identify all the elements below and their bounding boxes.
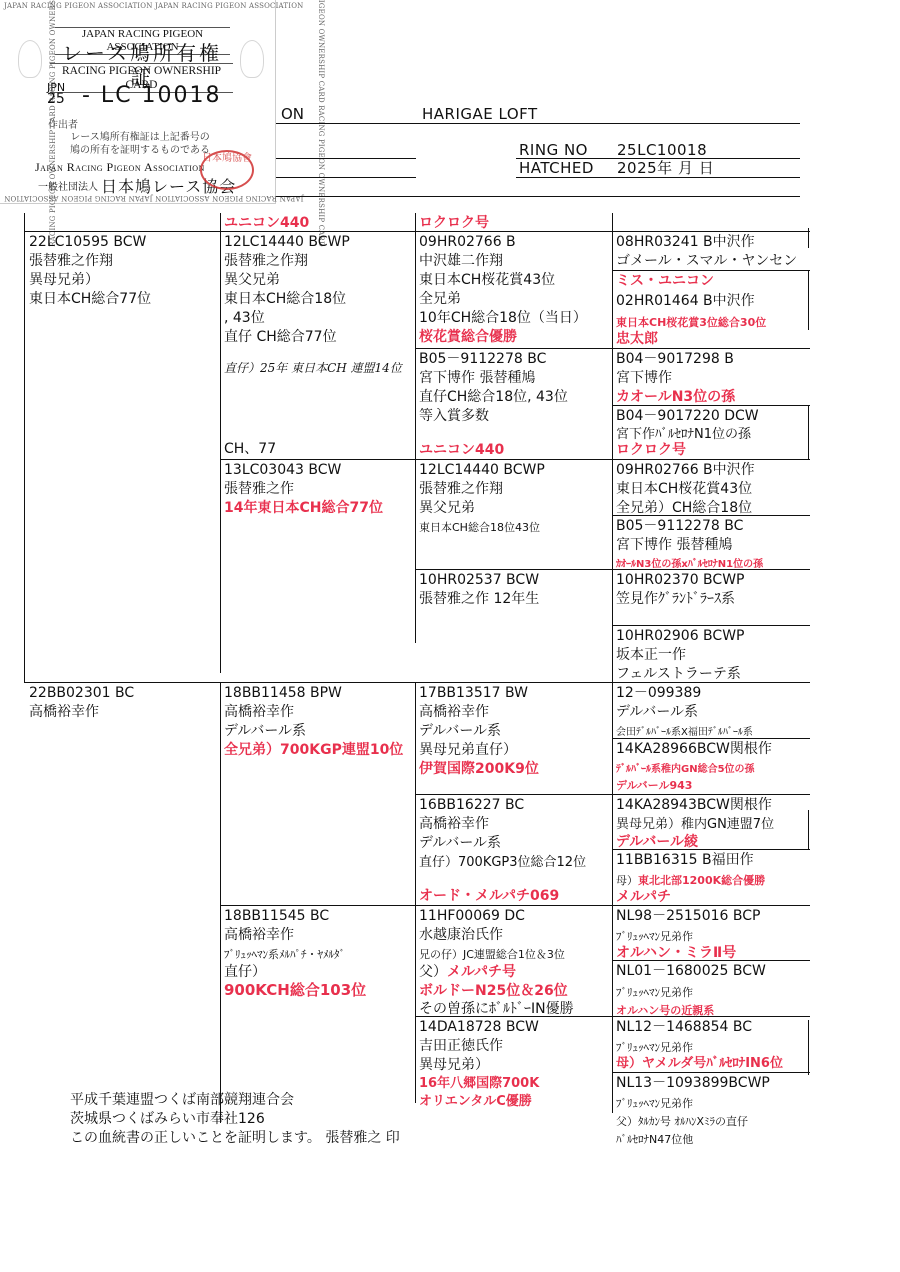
note: 異母兄弟直仔） (419, 742, 517, 759)
breeder: ﾌﾞﾘｭｯﾍﾏﾝ兄弟作 (616, 984, 693, 1001)
ring-number: NL13－1093899BCWP (616, 1075, 770, 1092)
strain: ゴメール・スマル・ヤンセン (616, 253, 797, 270)
achievement: 東日本CH桜花賞43位 (616, 481, 752, 498)
achievement: 東日本CH桜花賞3位総合30位 (616, 314, 766, 331)
divider (276, 158, 416, 159)
achievement: 直仔CH総合18位, 43位 (419, 389, 568, 406)
strain: ﾌﾞﾘｭｯﾍﾏﾝ系ﾒﾙﾊﾟﾁ・ﾔﾒﾙﾀﾞ (224, 946, 345, 963)
achievement: 東日本CH桜花賞43位 (419, 272, 555, 289)
pigeon-name: ロクロク号 (616, 442, 686, 459)
pigeon-name: ユニコン440 (419, 442, 504, 459)
pigeon-name: ロクロク号 (419, 215, 489, 232)
ring-number: 09HR02766 B中沢作 (616, 462, 755, 479)
ring-number: 02HR01464 B中沢作 (616, 293, 755, 310)
breeder: 中沢雄二作翔 (419, 253, 503, 270)
ring-number: 11BB16315 B福田作 (616, 852, 754, 869)
club-name: 平成千葉連盟つくば南部競翔連合会 (70, 1092, 294, 1109)
breeder: ﾌﾞﾘｭｯﾍﾏﾝ兄弟作 (616, 1095, 693, 1112)
ring-number: 08HR03241 B中沢作 (616, 234, 755, 251)
seal-stamp-icon: 日本鳩協會 (200, 150, 254, 190)
strain: デルバール系 (616, 704, 698, 721)
hatched-value: 2025年 月 日 (617, 160, 714, 177)
achievement: オルハン号の近親系 (616, 1002, 714, 1019)
ring-number: NL12－1468854 BC (616, 1019, 752, 1036)
achievement: オリエンタルC優勝 (419, 1093, 532, 1110)
pigeon-name: デルバール943 (616, 777, 692, 794)
ring-number: 12LC14440 BCWP (224, 234, 350, 251)
ring-number: NL01－1680025 BCW (616, 963, 766, 980)
breeder: 高橋裕幸作 (224, 927, 294, 944)
breeder: ﾌﾞﾘｭｯﾍﾏﾝ兄弟作 (616, 928, 693, 945)
ownership-card: JAPAN RACING PIGEON ASSOCIATION JAPAN RA… (0, 0, 276, 204)
achievement: 直仔 CH総合77位 (224, 329, 337, 346)
achievement: 桜花賞総合優勝 (419, 329, 517, 346)
breeder: 坂本正一作 (616, 647, 686, 664)
ring-number: 12LC14440 BCWP (419, 462, 545, 479)
row-line (415, 794, 810, 795)
ring-number: 14KA28966BCW関根作 (616, 741, 772, 758)
card-association-en: Japan Racing Pigeon Association (35, 160, 205, 175)
row-line (612, 270, 810, 271)
ring-no-label: RING NO (519, 142, 588, 159)
ring-number: NL98－2515016 BCP (616, 908, 760, 925)
breeder: 張替雅之作翔 (29, 253, 113, 270)
breeder: 宮下博作 (616, 370, 672, 387)
achievement: 14年東日本CH総合77位 (224, 500, 383, 517)
breeder: 高橋裕幸作 (224, 704, 294, 721)
achievement: 等入賞多数 (419, 408, 489, 425)
row-line (220, 905, 810, 906)
breeder: 高橋裕幸作 (419, 816, 489, 833)
dove-left-icon (18, 40, 42, 78)
achievement: 東北北部1200K総合優勝 (638, 874, 765, 887)
note: 全兄弟）CH総合18位 (616, 500, 752, 517)
dove-right-icon (240, 40, 264, 78)
note: 兄の仔）JC連盟総合1位＆3位 (419, 946, 565, 963)
ring-number: 13LC03043 BCW (224, 462, 341, 479)
card-ring-number: - LC 10018 (82, 84, 222, 108)
achievement: 全兄弟）700KGP連盟10位 (224, 742, 403, 759)
note: 異母兄弟） (29, 272, 99, 289)
ring-number: 16BB16227 BC (419, 797, 524, 814)
achievement: 東日本CH総合18位43位 (419, 519, 540, 536)
ring-number: 10HR02370 BCWP (616, 572, 744, 589)
card-description: レース鳩所有権証は上記番号の 鳩の所有を証明するものである (60, 131, 220, 157)
row-line (612, 1072, 810, 1073)
note: 父）ﾀﾙｶﾝ号 ｵﾙﾊﾝXﾐﾗの直仔 (616, 1113, 748, 1130)
ring-number: 14KA28943BCW関根作 (616, 797, 772, 814)
breeder: 宮下博作 張替種鳩 (419, 370, 535, 387)
row-line (415, 348, 810, 349)
breeder: 宮下博作 張替種鳩 (616, 537, 732, 554)
certification-statement: この血統書の正しいことを証明します。 張替雅之 印 (70, 1130, 400, 1147)
column-line (808, 810, 809, 850)
achievement: 東日本CH総合77位 (29, 291, 151, 308)
prefix: 母） (616, 874, 638, 887)
achievement: 異母兄弟）稚内GN連盟7位 (616, 816, 774, 833)
achievement: カオールN3位の孫 (616, 389, 735, 406)
column-line (24, 213, 25, 683)
ring-number: 22BB02301 BC (29, 685, 134, 702)
ring-number: B04－9017298 B (616, 351, 734, 368)
ring-number: B04－9017220 DCW (616, 408, 759, 425)
column-line (220, 213, 221, 673)
achievement: ﾃﾞﾙﾊﾞｰﾙ系稚内GN総合5位の孫 (616, 761, 755, 778)
pigeon-name: オード・メルパチ069 (419, 888, 559, 905)
ring-number: 10HR02906 BCWP (616, 628, 744, 645)
ring-number: 12－099389 (616, 685, 701, 702)
strain: フェルストラーテ系 (616, 666, 741, 683)
breeder: 高橋裕幸作 (419, 704, 489, 721)
column-line (808, 270, 809, 330)
pigeon-name: 忠太郎 (616, 331, 658, 348)
achievement: 東日本CH総合18位 (224, 291, 346, 308)
breeder: 張替雅之作翔 (224, 253, 308, 270)
address: 茨城県つくばみらい市奉社126 (70, 1111, 265, 1128)
divider (516, 177, 800, 178)
pigeon-name: デルバール綾 (616, 834, 698, 851)
achievement: 伊賀国際200K9位 (419, 761, 539, 778)
breeder: ﾌﾞﾘｭｯﾍﾏﾝ兄弟作 (616, 1039, 693, 1056)
strain: デルバール系 (419, 723, 501, 740)
strain: デルバール系 (419, 835, 501, 852)
ring-number: 17BB13517 BW (419, 685, 528, 702)
ring-number: 22LC10595 BCW (29, 234, 146, 251)
achievement: 10年CH総合18位（当日） (419, 310, 587, 327)
achievement: , 43位 (224, 310, 265, 327)
breeder: 吉田正徳氏作 (419, 1038, 503, 1055)
achievement: ｶｵｰﾙN3位の孫xﾊﾞﾙｾﾛﾅN1位の孫 (616, 556, 763, 573)
achievement: その曽孫にﾎﾞﾙﾄﾞｰIN優勝 (419, 1001, 574, 1018)
hatched-label: HATCHED (519, 160, 594, 177)
divider (276, 123, 800, 124)
pigeon-name: ミス・ユニコン (616, 273, 714, 290)
achievement: 母）東北北部1200K総合優勝 (616, 872, 765, 889)
row-line (612, 625, 810, 626)
ring-number: B05－9112278 BC (419, 351, 546, 368)
card-year: 25 (47, 92, 65, 106)
strain: デルバール系 (224, 723, 306, 740)
note: 異母兄弟） (419, 1057, 489, 1074)
card-maker-label: 作出者 (48, 116, 78, 131)
handwritten-note: 直仔）25年 東日本CH 連盟14位 (224, 360, 402, 377)
row-line (24, 231, 810, 232)
breeder: 張替雅之作 12年生 (419, 591, 539, 608)
achievement: 直仔）700KGP3位総合12位 (419, 854, 586, 871)
prefix: 父） (419, 964, 447, 980)
column-line (220, 683, 221, 1123)
note: 全兄弟 (419, 291, 461, 308)
divider (276, 196, 800, 197)
pigeon-name: メルパチ (616, 889, 671, 906)
ring-number: 09HR02766 B (419, 234, 516, 251)
ring-number: 18BB11545 BC (224, 908, 329, 925)
note: 会田ﾃﾞﾙﾊﾞｰﾙ系X福田ﾃﾞﾙﾊﾞｰﾙ系 (616, 724, 753, 741)
achievement: ボルドーN25位＆26位 (419, 983, 568, 1000)
column-line (415, 213, 416, 643)
ring-number: 11HF00069 DC (419, 908, 525, 925)
strain: 笠見作ｸﾞﾗﾝﾄﾞﾗｰｽ系 (616, 591, 735, 608)
breeder: 水越康治氏作 (419, 927, 503, 944)
breeder: 高橋裕幸作 (29, 704, 99, 721)
ring-no-value: 25LC10018 (617, 142, 707, 159)
ring-number: 18BB11458 BPW (224, 685, 342, 702)
pigeon-name: ユニコン440 (224, 215, 309, 232)
breeder: 張替雅之作翔 (419, 481, 503, 498)
achievement: 母）ヤメルダ号ﾊﾞﾙｾﾛﾅIN6位 (616, 1055, 783, 1072)
column-line (415, 683, 416, 1103)
divider (276, 177, 416, 178)
ring-number: 10HR02537 BCW (419, 572, 539, 589)
pigeon-name: オルハン・ミラⅡ号 (616, 945, 736, 962)
ring-number: B05－9112278 BC (616, 518, 743, 535)
row-line (220, 459, 810, 460)
ring-number: 14DA18728 BCW (419, 1019, 539, 1036)
header-partial-label: ON (281, 106, 304, 123)
sire-note: 父）メルパチ号 (419, 964, 516, 981)
breeder: 張替雅之作 (224, 481, 294, 498)
column-line (808, 405, 809, 460)
achievement: ﾊﾞﾙｾﾛﾅN47位他 (616, 1131, 693, 1148)
card-association-prefix: 一般社団法人 (38, 178, 98, 193)
column-line (808, 1020, 809, 1075)
achievement: 900KCH総合103位 (224, 982, 366, 999)
achievement: 16年八郷国際700K (419, 1075, 539, 1092)
note: 直仔） (224, 964, 266, 981)
pigeon-name: メルパチ号 (447, 964, 516, 980)
note: 異父兄弟 (419, 500, 475, 517)
loft-name: HARIGAE LOFT (422, 106, 538, 123)
note: 異父兄弟 (224, 272, 280, 289)
note: CH、77 (224, 441, 276, 458)
achievement: 宮下作ﾊﾞﾙｾﾛﾅN1位の孫 (616, 426, 751, 443)
